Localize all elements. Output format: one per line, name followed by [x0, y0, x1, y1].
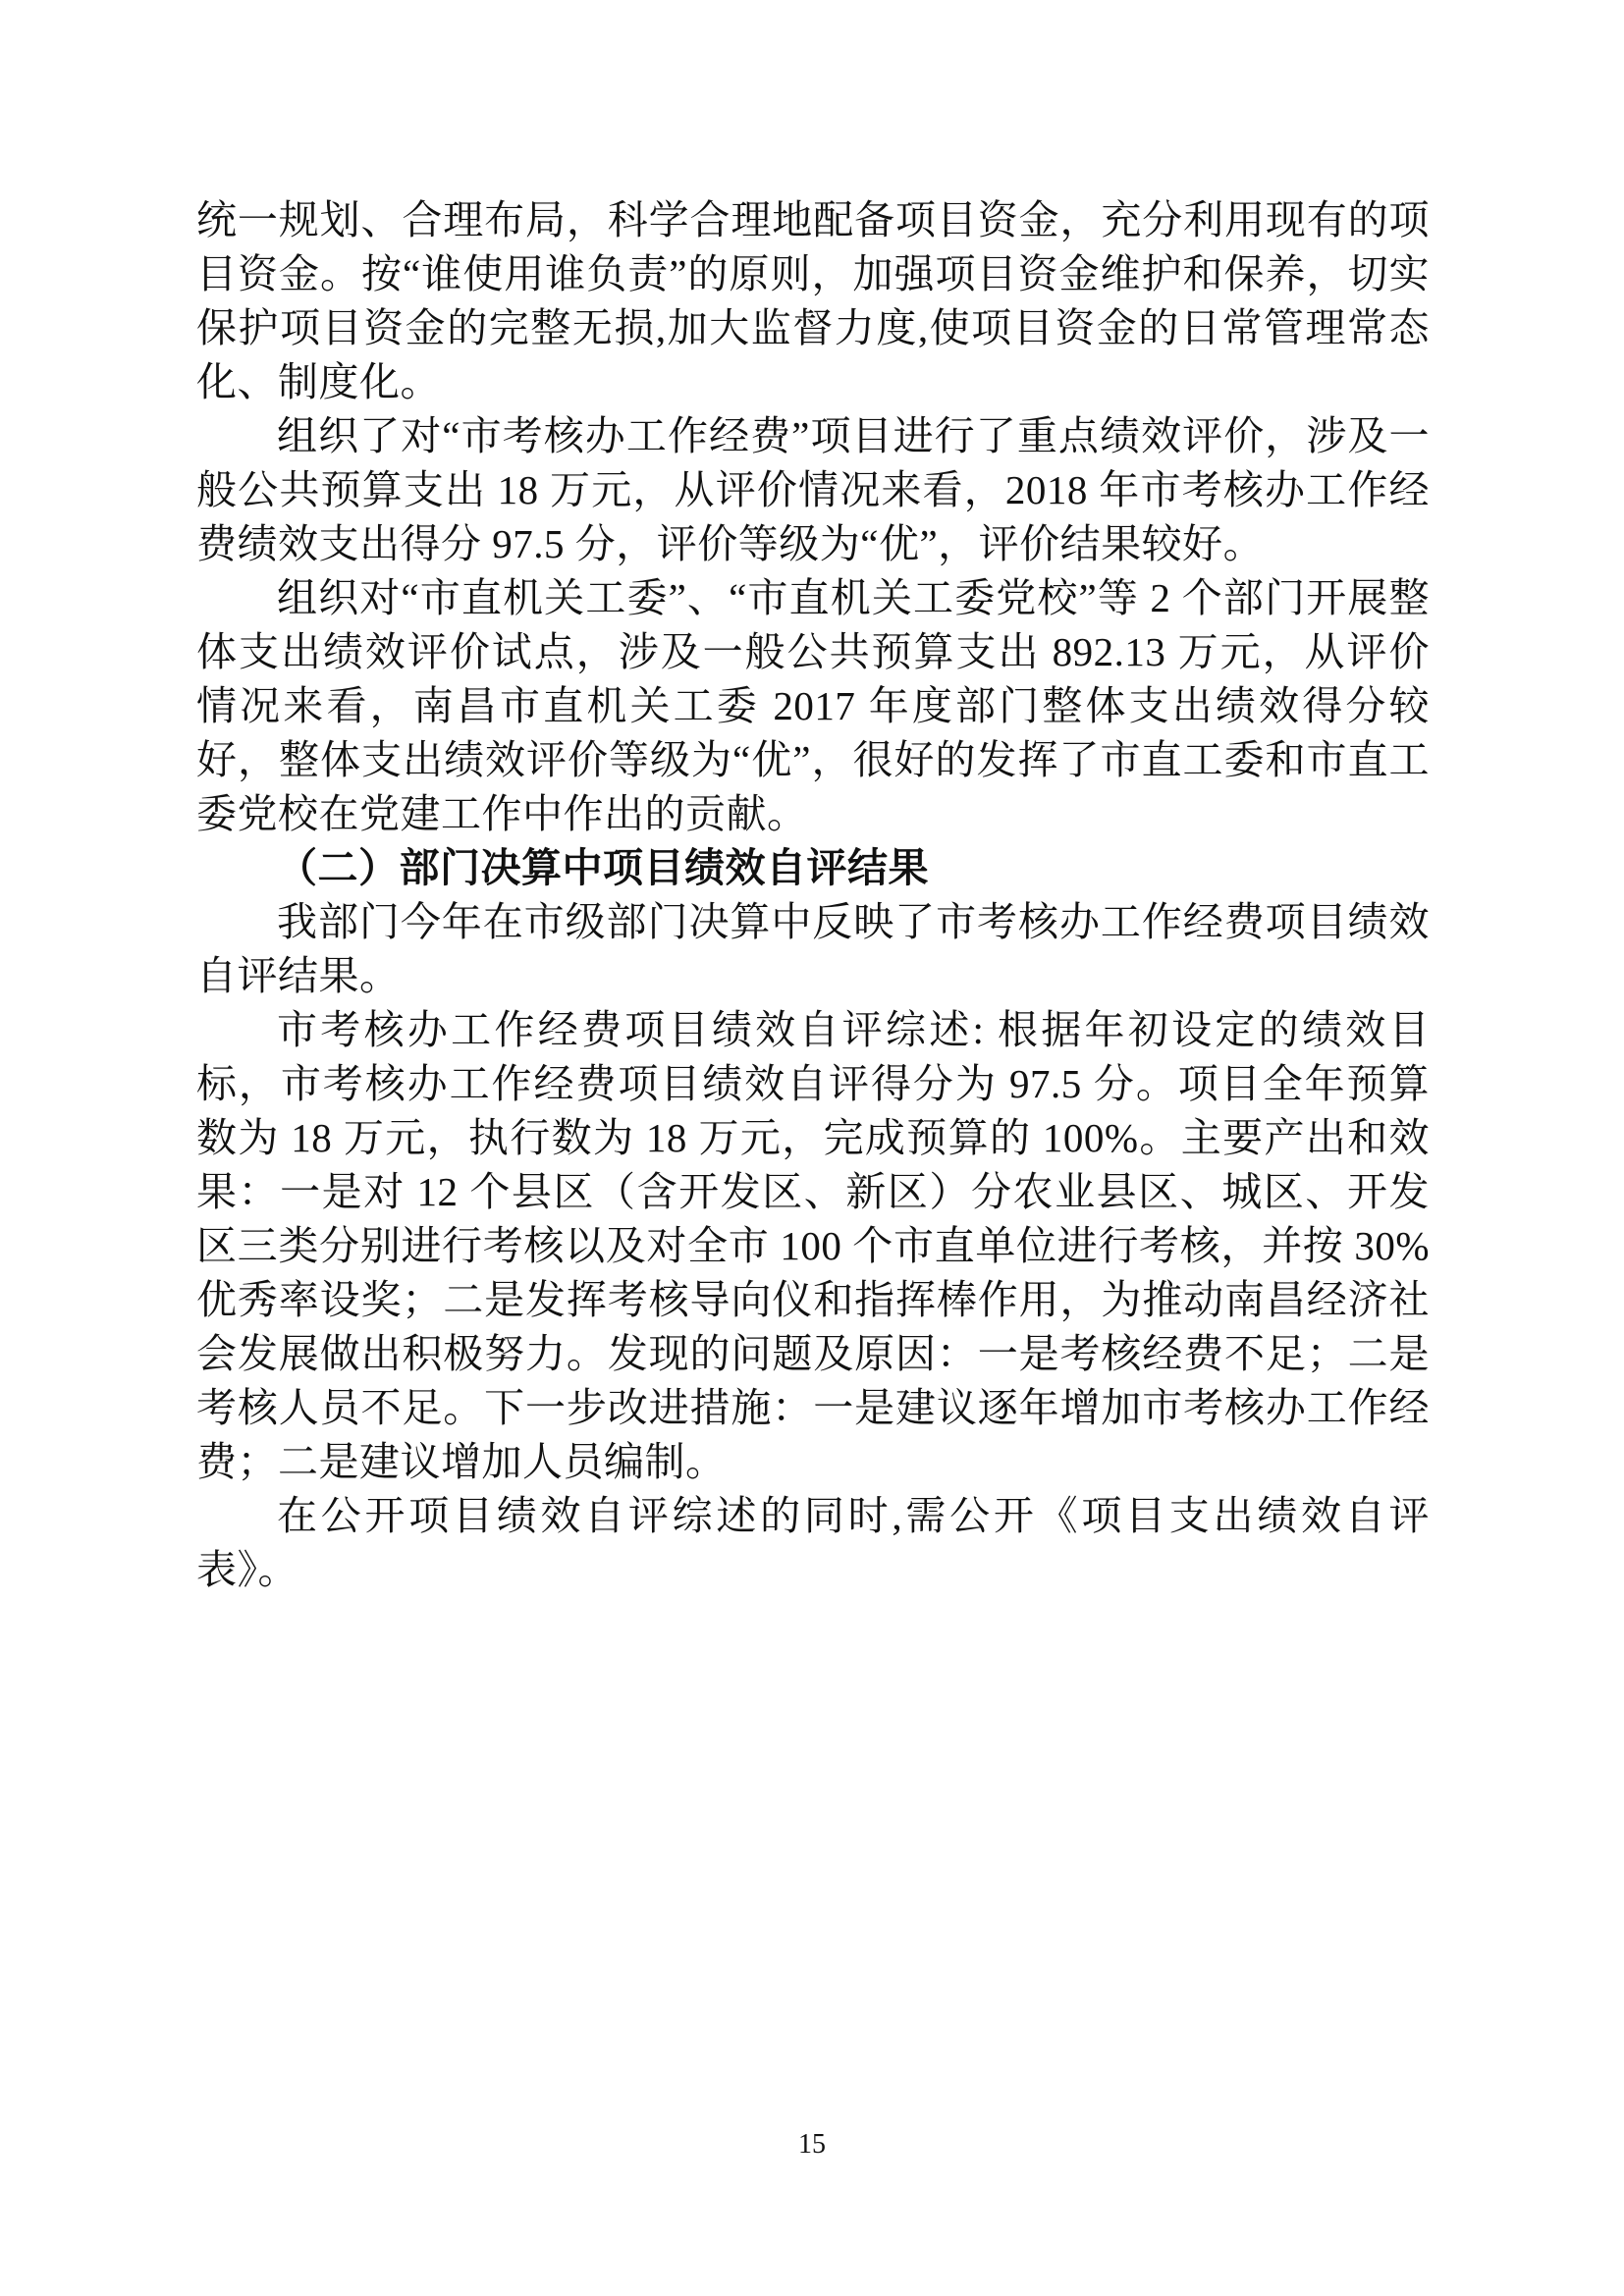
paragraph-publication-note: 在公开项目绩效自评综述的同时,需公开《项目支出绩效自评表》。: [196, 1489, 1430, 1597]
paragraph-overall-expenditure-evaluation: 组织对“市直机关工委”、“市直机关工委党校”等 2 个部门开展整体支出绩效评价试…: [196, 571, 1430, 841]
document-page: 统一规划、合理布局，科学合理地配备项目资金，充分利用现有的项目资金。按“谁使用谁…: [0, 0, 1624, 2296]
page-number: 15: [0, 2128, 1624, 2162]
document-body: 统一规划、合理布局，科学合理地配备项目资金，充分利用现有的项目资金。按“谁使用谁…: [196, 193, 1430, 1597]
paragraph-funds-management: 统一规划、合理布局，科学合理地配备项目资金，充分利用现有的项目资金。按“谁使用谁…: [196, 193, 1430, 409]
paragraph-key-performance-evaluation: 组织了对“市考核办工作经费”项目进行了重点绩效评价，涉及一般公共预算支出 18 …: [196, 409, 1430, 571]
paragraph-self-evaluation-summary: 市考核办工作经费项目绩效自评综述: 根据年初设定的绩效目标，市考核办工作经费项目…: [196, 1003, 1430, 1489]
paragraph-self-evaluation-intro: 我部门今年在市级部门决算中反映了市考核办工作经费项目绩效自评结果。: [196, 895, 1430, 1003]
section-heading: （二）部门决算中项目绩效自评结果: [196, 841, 1430, 895]
